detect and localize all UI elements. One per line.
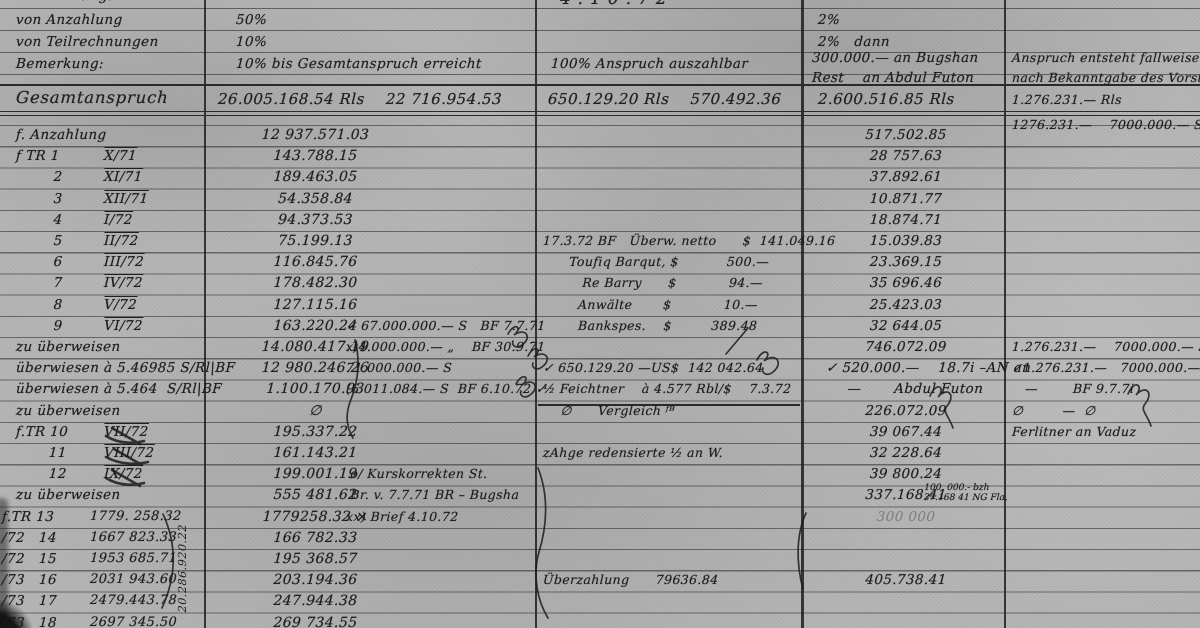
ledger-cell-c4b: 100. 000.- bzh 37.168 41 NG Fla. [923, 483, 1008, 503]
ledger-cell-date: VI/72 [104, 318, 144, 334]
ledger-cell-c4: 32 644.05 [826, 318, 987, 334]
ledger-cell-c5: ∅ — ∅ [1012, 403, 1096, 418]
column-rule-4 [1004, 0, 1006, 628]
ledger-cell-c5: Ferlitner an Vaduz [1012, 424, 1137, 439]
ledger-cell-label: zu überweisen [16, 487, 121, 503]
ledger-cell-label: f.TR 13 [2, 509, 55, 525]
ledger-cell-c4faint: 300 000 [826, 509, 987, 525]
ledger-cell-label: /73 17 [2, 593, 58, 609]
ledger-cell-c5: 1.276.231.— 7000.000.— S [1012, 339, 1200, 354]
ledger-cell-c2: 143.788.15 [228, 148, 404, 164]
double-rule-below-total-1 [0, 111, 1200, 113]
ledger-cell-date: II/72 [104, 233, 139, 249]
bemerkung-col2: 10% bis Gesamtanspruch erreicht [236, 56, 483, 72]
ledger-cell-label: /73 18 [2, 615, 58, 628]
ledger-cell-c2: 195 368.57 [228, 551, 404, 567]
ledger-cell-date: IX/72 [104, 466, 144, 482]
ledger-cell-label: 12 [16, 466, 68, 482]
ledger-cell-c3: Re Barry $ 94.— [543, 275, 764, 290]
von-anzahlung-rate: 50% [236, 12, 268, 28]
ledger-cell-c4: 746.072.09 [826, 339, 987, 355]
gesamtanspruch-col4: 2.600.516.85 Rls [818, 90, 956, 108]
ledger-cell-c3: Überzahlung 79636.84 [543, 572, 719, 587]
ledger-cell-c4: 32 228.64 [826, 445, 987, 461]
ledger-cell-c2: 269 734.55 [228, 615, 404, 628]
bemerkung-col4-line2: Rest an Abdul Futon [812, 70, 975, 86]
ledger-cell-note: 71.000.000.— S [346, 360, 453, 375]
ledger-cell-sub: 1953 685.71 [90, 551, 178, 566]
column-rule-1 [204, 0, 206, 628]
ledger-cell-note: ✓ 67.000.000.— S BF 7.7.71 [346, 318, 547, 333]
ledger-cell-c4: 37.892.61 [826, 169, 987, 185]
ledger-cell-note: o/ Kurskorrekten St. [346, 466, 488, 481]
ledger-cell-c4: ✓ 520.000.— 18.7i –AN an [826, 360, 987, 376]
ledger-cell-sub: 1779. 258.32 [90, 509, 182, 524]
ledger-cell-c4: 28 757.63 [826, 148, 987, 164]
ledger-cell-note: Br. v. 7.7.71 BR – Bugsha [346, 487, 520, 502]
ledger-cell-c3: Anwälte $ 10.— [543, 297, 759, 312]
ledger-cell-date: IV/72 [104, 275, 144, 291]
ledger-cell-c2: 178.482.30 [228, 275, 404, 291]
ledger-cell-label: /72 14 [2, 530, 58, 546]
ledger-cell-c4: 35 696.46 [826, 275, 987, 291]
ledger-cell-c2: 94.373.53 [228, 212, 404, 228]
ledger-cell-c2: 127.115.16 [228, 297, 404, 313]
ledger-cell-label: 9 [16, 318, 63, 334]
ledger-cell-c2: 12 937.571.03 [228, 127, 404, 143]
ledger-cell-c5: — BF 9.7.7i [1012, 381, 1135, 396]
ledger-cell-label: zu überweisen [16, 339, 121, 355]
ledger-cell-c4: 39 800.24 [826, 466, 987, 482]
ledger-cell-c2: 203.194.36 [228, 572, 404, 588]
ledger-cell-c2: ∅ [228, 403, 404, 419]
gesamtanspruch-col5: 1.276.231.— Rls [1012, 92, 1123, 107]
cut-off-date-fragment: 4.10.72 [559, 0, 674, 9]
ledger-cell-label: überwiesen à 5.464 S/Rl|BF [16, 381, 223, 397]
ledger-cell-note: (6 011.084.— S BF 6.10.72 ✓ [346, 381, 547, 396]
ledger-cell-label: f. Anzahlung [16, 127, 107, 143]
ledger-cell-label: /73 16 [2, 572, 58, 588]
double-rule-below-total-2 [0, 115, 1200, 117]
ledger-cell-date: I/72 [104, 212, 134, 228]
teilrechnungen-rate-2: 2% dann [818, 34, 891, 50]
ledger-cell-label: f TR 1 [16, 148, 61, 164]
ledger-cell-label: 2 [16, 169, 63, 185]
ledger-cell-note: xx) Brief 4.10.72 [346, 509, 459, 524]
column-rule-3 [801, 0, 804, 628]
ledger-cell-c4: 15.039.83 [826, 233, 987, 249]
ledger-cell-c4: 39 067.44 [826, 424, 987, 440]
ledger-cell-date: III/72 [104, 254, 145, 270]
ledger-cell-c3: Toufiq Barqut, $ 500.— [543, 254, 770, 269]
ledger-cell-c2: 166 782.33 [228, 530, 404, 546]
ledger-cell-date: X/71 [104, 148, 138, 164]
ledger-cell-label: 11 [16, 445, 68, 461]
ledger-cell-c2: 247.944.38 [228, 593, 404, 609]
ledger-cell-label: überwiesen à 5.46985 S/Rl|BF [16, 360, 236, 376]
ledger-cell-c3: ∅ Vergleich ᶠᴮ [543, 403, 676, 418]
cut-off-word-fragment: ung: [80, 0, 114, 4]
ledger-cell-c4: 405.738.41 [826, 572, 987, 588]
ledger-cell-label: 6 [16, 254, 63, 270]
bemerkung-col5-line2: nach Bekanntgabe des Vorstan [1012, 70, 1200, 85]
row-label-von-anzahlung: von Anzahlung [16, 12, 123, 28]
von-anzahlung-rate-2: 2% [818, 12, 841, 28]
bemerkung-col4-line1: 300.000.— an Bugshan [812, 50, 979, 66]
ledger-cell-c4: 517.502.85 [826, 127, 987, 143]
ledger-cell-label: /72 15 [2, 551, 58, 567]
ledger-cell-c3: ½ Feichtner à 4.577 Rbl/$ 7.3.72 [543, 381, 792, 396]
ledger-cell-note: x)4.000.000.— „ BF 30.9.71 [346, 339, 546, 354]
ledger-cell-label: 7 [16, 275, 63, 291]
ledger-cell-c4: 23.369.15 [826, 254, 987, 270]
ledger-cell-label: 3 [16, 191, 63, 207]
ledger-cell-c3: Bankspes. $ 389.48 [543, 318, 758, 333]
ledger-cell-label: 8 [16, 297, 63, 313]
ledger-cell-c2: 189.463.05 [228, 169, 404, 185]
ledger-cell-c3: ✓ 650.129.20 —US$ 142 042.64 [543, 360, 764, 375]
ledger-cell-date: XI/71 [104, 169, 144, 185]
ledger-cell-label: zu überweisen [16, 403, 121, 419]
ledger-cell-c4: 226.072.09 [826, 403, 987, 419]
ledger-cell-sub: 2479.443.78 [90, 593, 178, 608]
row-label-bemerkung: Bemerkung: [16, 56, 105, 72]
ledger-cell-c2: 75.199.13 [228, 233, 404, 249]
ledger-cell-c4: — Abdul Futon [826, 381, 987, 397]
teilrechnungen-rate: 10% [236, 34, 268, 50]
gesamtanspruch-col2: 26.005.168.54 Rls 22 716.954.53 [218, 90, 503, 108]
ledger-cell-c4: 18.874.71 [826, 212, 987, 228]
gesamtanspruch-col3: 650.129.20 Rls 570.492.36 [548, 90, 782, 108]
ledger-cell-date: VIII/72 [104, 445, 155, 461]
column-rule-2 [535, 0, 537, 628]
ledger-cell-c4: 25.423.03 [826, 297, 987, 313]
ledger-cell-c2: 195.337.22 [228, 424, 404, 440]
rotated-sum-tr13-18: 20.286.920.22 [176, 524, 189, 613]
scanned-ledger-sheet: 4.10.72 ung: von Anzahlung 50% 2% von Te… [0, 0, 1200, 628]
row-label-von-teilrechnungen: von Teilrechnungen [16, 34, 159, 50]
ledger-cell-label: 4 [16, 212, 63, 228]
ledger-cell-c2: 116.845.76 [228, 254, 404, 270]
row-label-gesamtanspruch: Gesamtanspruch [16, 88, 170, 107]
ledger-cell-sub: 2031 943.60 [90, 572, 178, 587]
ledger-cell-c5: ✓1.276.231.— 7000.000.— S [1012, 360, 1200, 375]
ledger-cell-c2: 54.358.84 [228, 191, 404, 207]
ledger-cell-c2: 161.143.21 [228, 445, 404, 461]
ledger-cell-date: VII/72 [104, 424, 149, 440]
ledger-cell-date: XII/71 [104, 191, 149, 207]
ledger-cell-label: 5 [16, 233, 63, 249]
ledger-cell-sub: 1667 823.33 [90, 530, 178, 545]
ledger-cell-date: V/72 [104, 297, 138, 313]
gesamtanspruch-col5-extra: 1276.231.— 7000.000.— S [1012, 117, 1200, 132]
bemerkung-col5-line1: Anspruch entsteht fallweise [1012, 50, 1200, 65]
ledger-cell-c3: 17.3.72 BF Überw. netto $ 141.049.16 [543, 233, 836, 248]
ledger-cell-c4: 10.871.77 [826, 191, 987, 207]
ledger-cell-c3: zAhge redensierte ½ an W. [543, 445, 724, 460]
bemerkung-col3: 100% Anspruch auszahlbar [551, 56, 749, 72]
ledger-cell-label: f.TR 10 [16, 424, 69, 440]
ledger-cell-sub: 2697 345.50 [90, 615, 178, 628]
